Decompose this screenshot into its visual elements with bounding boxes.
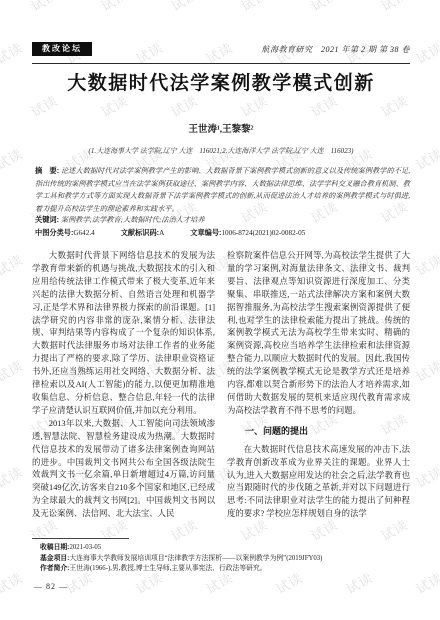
article-id-value: 1006-8724(2021)02-0082-05 [221, 229, 305, 237]
left-column: 大数据时代背景下网络信息技术的发展为法学教育带来新的机遇与挑战,大数据技术的引入… [32, 250, 215, 540]
watermark: 试读 [412, 143, 440, 173]
article-title: 大数据时代法学案例教学模式创新 [32, 68, 410, 95]
document-code-label: 文献标识码: [121, 228, 159, 237]
body-paragraph: 检察院案件信息公开网等,为高校法学生提供了大量的学习案例,对海量法律条文、法律文… [227, 250, 410, 418]
section-heading: 一、问题的提出 [227, 425, 410, 438]
watermark: 试读 [0, 249, 26, 279]
abstract-text: 论述大数据时代对法学案例教学产生的影响、大数据背景下案例教学模式创新的意义以及传… [35, 167, 410, 213]
footnote-rule [32, 538, 129, 539]
watermark: 试读 [0, 461, 26, 491]
clc-label: 中图分类号: [35, 228, 73, 237]
article-meta: 中图分类号:G642.4 文献标识码:A 文章编号:1006-8724(2021… [35, 228, 410, 238]
watermark: 试读 [412, 249, 440, 279]
body-paragraph: 在大数据时代信息技术高速发展的冲击下,法学教育创新改革成为业界关注的课题。业界人… [227, 444, 410, 521]
fund-project: 基金项目:大连海事大学教师发展培训项目“法律教学方法探析——以案例教学为例”(2… [32, 554, 410, 565]
abstract-label: 摘 要: [35, 166, 59, 175]
article-id-label: 文章编号: [190, 228, 221, 237]
watermark: 试读 [0, 355, 26, 385]
page-number: — 82 — [34, 582, 68, 591]
journal-scan-page: 试读试读试读试读试读试读试读试读试读试读试读试读试读试读试读试读试读试读试读试读… [0, 0, 440, 620]
keywords-text: 案例教学;法学教育;大数据时代;法治人才培养 [61, 216, 205, 224]
watermark: 试读 [0, 37, 26, 67]
fund-project-label: 基金项目: [40, 555, 69, 562]
clc-number: 中图分类号:G642.4 [35, 228, 95, 238]
body-paragraph: 2013年以来,大数据、人工智能向司法领域渗透,智慧法院、智慧检务建设成为热潮。… [32, 418, 215, 521]
fund-project-value: 大连海事大学教师发展培训项目“法律教学方法探析——以案例教学为例”(2019JF… [69, 555, 322, 562]
author-bio: 作者简介:王世涛(1966-),男,教授,博士生导师,主要从事宪法、行政法等研究… [32, 564, 410, 575]
footnote-block: 收稿日期:2021-03-05 基金项目:大连海事大学教师发展培训项目“法律教学… [32, 538, 410, 575]
abstract: 摘 要: 论述大数据时代对法学案例教学产生的影响、大数据背景下案例教学模式创新的… [35, 165, 410, 215]
author-bio-label: 作者简介: [40, 565, 69, 572]
received-date: 收稿日期:2021-03-05 [32, 543, 410, 554]
right-column: 检察院案件信息公开网等,为高校法学生提供了大量的学习案例,对海量法律条文、法律文… [227, 250, 410, 540]
clc-value: G642.4 [73, 229, 94, 237]
body-paragraph: 大数据时代背景下网络信息技术的发展为法学教育带来新的机遇与挑战,大数据技术的引入… [32, 250, 215, 418]
page-content: 教改论坛 航海教育研究 2021 年第 2 期 第 38 卷 大数据时代法学案例… [32, 0, 410, 620]
received-date-label: 收稿日期: [40, 544, 69, 551]
watermark: 试读 [412, 37, 440, 67]
page-header: 教改论坛 航海教育研究 2021 年第 2 期 第 38 卷 [32, 42, 410, 56]
author-bio-value: 王世涛(1966-),男,教授,博士生导师,主要从事宪法、行政法等研究。 [69, 565, 266, 572]
watermark: 试读 [0, 567, 26, 597]
article-id: 文章编号:1006-8724(2021)02-0082-05 [190, 228, 305, 238]
header-rule [32, 63, 410, 64]
journal-issue-info: 航海教育研究 2021 年第 2 期 第 38 卷 [262, 44, 411, 55]
document-code-value: A [159, 229, 164, 237]
received-date-value: 2021-03-05 [69, 544, 101, 551]
watermark: 试读 [412, 567, 440, 597]
authors: 王世涛¹,王黎黎² [32, 121, 410, 135]
keywords: 关键词: 案例教学;法学教育;大数据时代;法治人才培养 [35, 215, 410, 225]
watermark: 试读 [412, 461, 440, 491]
watermark: 试读 [412, 355, 440, 385]
watermark: 试读 [0, 143, 26, 173]
keywords-label: 关键词: [35, 215, 59, 224]
document-code: 文献标识码:A [121, 228, 165, 238]
article-body: 大数据时代背景下网络信息技术的发展为法学教育带来新的机遇与挑战,大数据技术的引入… [32, 250, 410, 540]
affiliation: (1.大连海事大学 法学院,辽宁 大连 116021;2.大连海洋大学 法学院,… [32, 146, 410, 156]
column-badge: 教改论坛 [32, 42, 92, 56]
